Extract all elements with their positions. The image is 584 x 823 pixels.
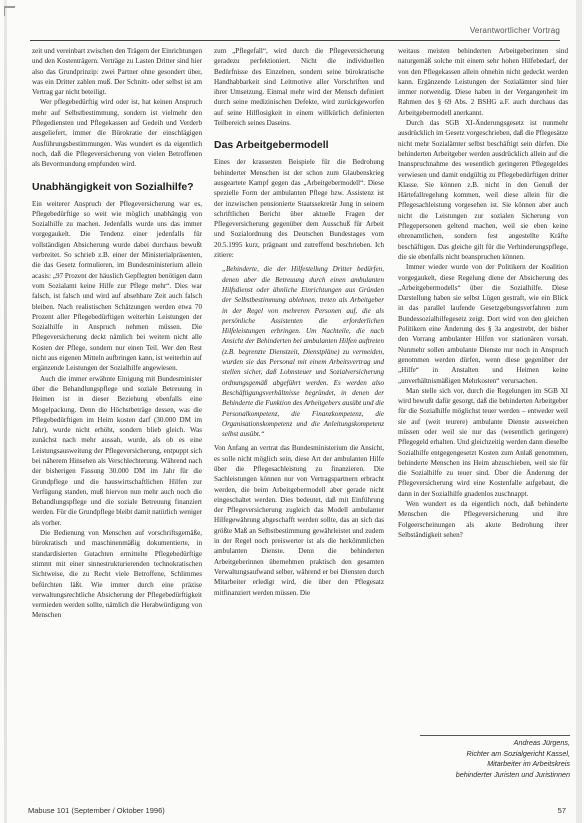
paragraph: Wer pflegebedürftig wird oder ist, hat k… (32, 97, 202, 169)
paragraph: Auch die immer erwähnte Einigung mit Bun… (32, 374, 202, 528)
paragraph: zum „Pflegefall“, wird durch die Pflegev… (214, 46, 384, 128)
page-number: 57 (558, 806, 566, 815)
author-signature: Andreas Jürgens, Richter am Sozialgerich… (420, 735, 570, 780)
paragraph: weitaus meisten behinderten Arbeitgeberi… (398, 46, 568, 118)
paragraph: Die Bedienung von Menschen auf vorschrif… (32, 528, 202, 621)
document-page: Verantwortlicher Vortrag zeit und verein… (0, 0, 584, 823)
author-role: Richter am Sozialgericht Kassel, (420, 749, 570, 760)
column-2: zum „Pflegefall“, wird durch die Pflegev… (214, 46, 384, 598)
column-1: zeit und vereinbart zwischen den Trägern… (32, 46, 202, 621)
author-name: Andreas Jürgens, (420, 738, 570, 749)
running-head: Verantwortlicher Vortrag (30, 26, 560, 41)
page-edge-shadow (576, 0, 582, 823)
paragraph: Ein weiterer Anspruch der Pflegeversiche… (32, 199, 202, 374)
paragraph: zeit und vereinbart zwischen den Trägern… (32, 46, 202, 97)
page-spine-shadow (4, 0, 7, 823)
paragraph: Immer wieder wurde von der Politikern de… (398, 262, 568, 386)
paragraph: Von Anfang an vertrat das Bundesminister… (214, 443, 384, 597)
section-heading: Das Arbeitgebermodell (214, 138, 384, 152)
paragraph: Durch das SGB XI-Änderungsgesetz ist nun… (398, 118, 568, 262)
author-affiliation-cont: behinderter Juristen und Juristinnen (420, 770, 570, 781)
author-affiliation: Mitarbeiter im Arbeitskreis (420, 759, 570, 770)
section-heading: Unabhängigkeit von Sozialhilfe? (32, 180, 202, 194)
publication-footer: Mabuse 101 (September / Oktober 1996) (28, 806, 165, 815)
column-3: weitaus meisten behinderten Arbeitgeberi… (398, 46, 568, 540)
block-quote: „Behinderte, die der Hilfestellung Dritt… (222, 264, 384, 439)
paragraph: Eines der krassesten Beispiele für die B… (214, 157, 384, 260)
crop-mark (4, 6, 15, 16)
quote-text: „Behinderte, die der Hilfestellung Dritt… (222, 264, 384, 439)
paragraph: Wen wundert es da eigentlich noch, daß b… (398, 499, 568, 540)
paragraph: Man stelle sich vor, durch die Regelunge… (398, 386, 568, 499)
